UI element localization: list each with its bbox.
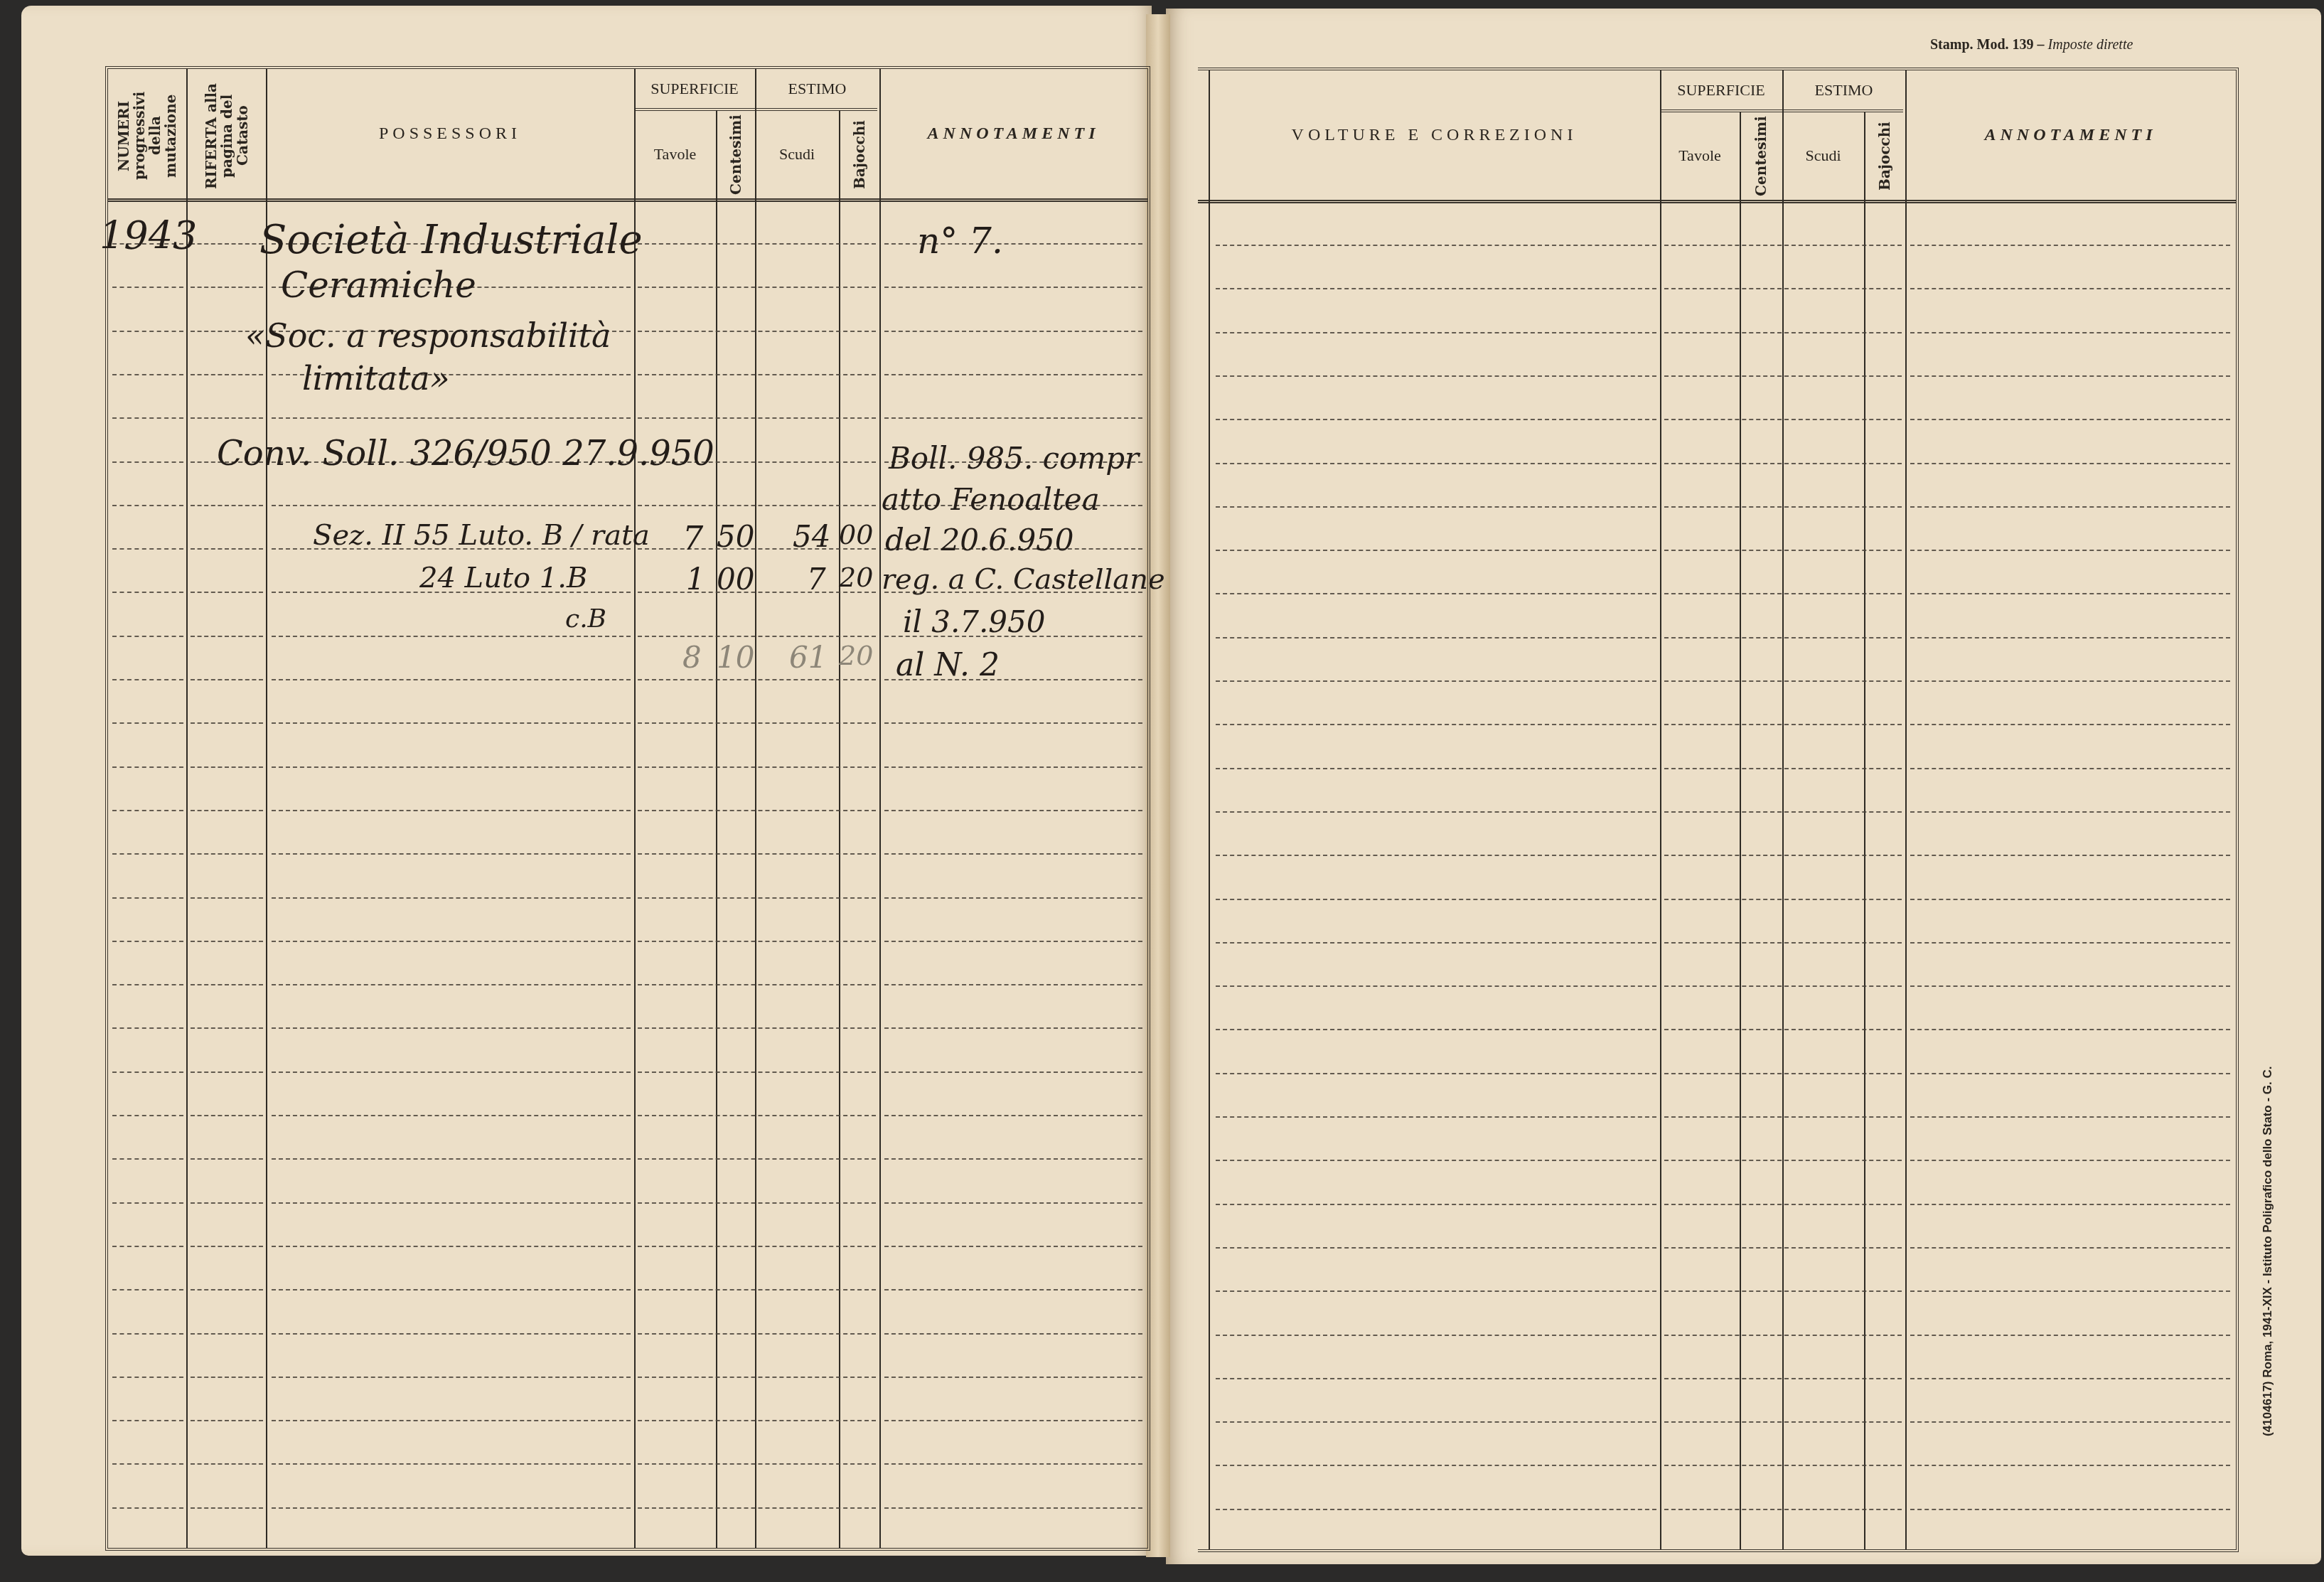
ruled-row-line bbox=[1664, 1335, 1902, 1336]
ruled-row-line bbox=[884, 766, 1142, 768]
ruled-row-line bbox=[1910, 1335, 2230, 1336]
ruled-row-line bbox=[191, 853, 263, 855]
header-centesimi: Centesimi bbox=[716, 113, 755, 197]
right-register-table: VOLTURE E CORREZIONI SUPERFICIE Tavole C… bbox=[1198, 68, 2239, 1552]
ruled-row-line bbox=[191, 287, 263, 288]
ruled-row-line bbox=[1216, 985, 1656, 987]
ruled-row-line bbox=[191, 636, 263, 637]
ruled-row-line bbox=[112, 1377, 183, 1378]
ruled-row-line bbox=[1216, 899, 1656, 900]
ruled-row-line bbox=[112, 1289, 183, 1290]
ruled-row-line bbox=[272, 1289, 631, 1290]
ruled-row-line bbox=[191, 1377, 263, 1378]
ruled-row-line bbox=[112, 1202, 183, 1204]
ruled-row-line bbox=[1216, 332, 1656, 333]
ruled-row-line bbox=[884, 1246, 1142, 1247]
possessore-line: «Soc. a responsabilità bbox=[245, 316, 611, 355]
ruled-row-line bbox=[638, 722, 876, 724]
ruled-row-line bbox=[638, 1463, 876, 1465]
ruled-row-line bbox=[1216, 1073, 1656, 1074]
ruled-row-line bbox=[884, 1463, 1142, 1465]
ruled-row-line bbox=[272, 1420, 631, 1421]
ruled-row-line bbox=[112, 1463, 183, 1465]
ruled-row-line bbox=[1910, 332, 2230, 333]
ruled-row-line bbox=[112, 1115, 183, 1116]
ruled-row-line bbox=[884, 1027, 1142, 1029]
ruled-row-line bbox=[1910, 855, 2230, 856]
ruled-row-line bbox=[272, 766, 631, 768]
ruled-row-line bbox=[1664, 1116, 1902, 1118]
ruled-row-line bbox=[1216, 1509, 1656, 1510]
annotamento-line: del 20.6.950 bbox=[885, 523, 1074, 557]
ruled-row-line bbox=[191, 679, 263, 680]
ruled-row-line bbox=[1664, 593, 1902, 594]
ruled-row-line bbox=[884, 1289, 1142, 1290]
header-scudi: Scudi bbox=[1782, 112, 1864, 200]
form-subtitle: Imposte dirette bbox=[2048, 37, 2133, 53]
ruled-row-line bbox=[191, 1507, 263, 1509]
ruled-row-line bbox=[191, 766, 263, 768]
ruled-row-line bbox=[1216, 1290, 1656, 1292]
ruled-row-line bbox=[638, 1158, 876, 1160]
ruled-row-line bbox=[638, 505, 876, 506]
ruled-row-line bbox=[191, 1158, 263, 1160]
header-estimo: ESTIMO bbox=[755, 69, 879, 108]
ruled-row-line bbox=[1216, 419, 1656, 420]
ruled-row-line bbox=[112, 1333, 183, 1335]
possessore-line: Ceramiche bbox=[281, 264, 476, 306]
ruled-row-line bbox=[112, 679, 183, 680]
ruled-row-line bbox=[112, 1246, 183, 1247]
header-superficie: SUPERFICIE bbox=[1660, 70, 1782, 109]
ruled-row-line bbox=[638, 1202, 876, 1204]
tavole-total: 8 bbox=[682, 640, 702, 675]
ruled-row-line bbox=[638, 287, 876, 288]
form-number: Stamp. Mod. 139 – bbox=[1930, 37, 2048, 53]
header-superficie: SUPERFICIE bbox=[634, 69, 755, 108]
ruled-row-line bbox=[1910, 550, 2230, 551]
ruled-row-line bbox=[1910, 1160, 2230, 1161]
ruled-row-line bbox=[1664, 1465, 1902, 1466]
header-tavole: Tavole bbox=[634, 110, 716, 198]
ruled-row-line bbox=[884, 1377, 1142, 1378]
ruled-row-line bbox=[1664, 724, 1902, 725]
ruled-row-line bbox=[638, 243, 876, 245]
ruled-row-line bbox=[1216, 1029, 1656, 1030]
ruled-row-line bbox=[1910, 637, 2230, 638]
ruled-row-line bbox=[1664, 1073, 1902, 1074]
ruled-row-line bbox=[1664, 637, 1902, 638]
header-bajocchi: Bajocchi bbox=[839, 113, 879, 197]
left-register-table: NUMERI progressivi della mutazione RIFER… bbox=[105, 66, 1150, 1551]
ruled-row-line bbox=[272, 897, 631, 899]
ruled-row-line bbox=[1664, 1247, 1902, 1249]
ruled-row-line bbox=[272, 853, 631, 855]
ruled-row-line bbox=[1664, 942, 1902, 944]
ruled-row-line bbox=[112, 810, 183, 811]
ruled-row-line bbox=[112, 374, 183, 375]
ruled-row-line bbox=[1910, 1378, 2230, 1379]
ruled-row-line bbox=[638, 1289, 876, 1290]
ruled-row-line bbox=[884, 1507, 1142, 1509]
ruled-row-line bbox=[191, 941, 263, 942]
header-numeri: NUMERI progressivi della mutazione bbox=[108, 75, 186, 197]
ruled-row-line bbox=[112, 1420, 183, 1421]
ruled-row-line bbox=[1216, 245, 1656, 246]
ruled-row-line bbox=[112, 897, 183, 899]
ruled-row-line bbox=[191, 722, 263, 724]
ruled-row-line bbox=[638, 331, 876, 332]
scudi-total: 61 bbox=[789, 640, 827, 675]
ruled-row-line bbox=[1910, 245, 2230, 246]
ruled-row-line bbox=[191, 984, 263, 985]
ruled-row-line bbox=[638, 1507, 876, 1509]
ruled-row-line bbox=[638, 984, 876, 985]
tavole-value: 7 bbox=[682, 519, 703, 557]
ruled-row-line bbox=[1664, 419, 1902, 420]
ruled-row-line bbox=[272, 1071, 631, 1073]
ruled-row-line bbox=[1216, 288, 1656, 289]
ruled-row-line bbox=[638, 1115, 876, 1116]
entry-year: 1943 bbox=[100, 213, 197, 258]
ruled-row-line bbox=[1664, 375, 1902, 377]
ruled-row-line bbox=[191, 1027, 263, 1029]
possessore-line: Conv. Soll. 326/950 27.9.950 bbox=[217, 434, 714, 474]
ruled-row-line bbox=[1910, 768, 2230, 769]
possessore-line: c.B bbox=[565, 604, 606, 634]
bajocchi-total: 20 bbox=[839, 640, 873, 671]
ruled-row-line bbox=[272, 1202, 631, 1204]
ruled-row-line bbox=[1910, 1465, 2230, 1466]
ruled-row-line bbox=[638, 1071, 876, 1073]
ruled-row-line bbox=[112, 287, 183, 288]
ruled-row-line bbox=[191, 505, 263, 506]
ruled-row-line bbox=[1216, 550, 1656, 551]
header-centesimi: Centesimi bbox=[1740, 114, 1782, 198]
ruled-row-line bbox=[191, 592, 263, 593]
ruled-row-line bbox=[1664, 1290, 1902, 1292]
ruled-row-line bbox=[1910, 1509, 2230, 1510]
col-line bbox=[634, 69, 636, 1548]
ruled-row-line bbox=[191, 374, 263, 375]
ruled-row-line bbox=[1664, 1509, 1902, 1510]
ruled-row-line bbox=[884, 1333, 1142, 1335]
ruled-row-line bbox=[1216, 593, 1656, 594]
ruled-row-line bbox=[191, 1333, 263, 1335]
ruled-row-line bbox=[1910, 942, 2230, 944]
header-tavole: Tavole bbox=[1660, 112, 1740, 200]
ruled-row-line bbox=[1664, 332, 1902, 333]
ruled-row-line bbox=[638, 679, 876, 680]
ruled-row-line bbox=[272, 1507, 631, 1509]
ruled-row-line bbox=[1664, 550, 1902, 551]
ruled-row-line bbox=[1910, 724, 2230, 725]
ruled-row-line bbox=[1910, 1421, 2230, 1423]
scudi-value: 7 bbox=[807, 562, 826, 597]
ruled-row-line bbox=[1664, 680, 1902, 682]
possessore-line: 24 Luto 1.B bbox=[419, 562, 587, 594]
ruled-row-line bbox=[884, 417, 1142, 419]
ruled-row-line bbox=[272, 679, 631, 680]
ruled-row-line bbox=[272, 722, 631, 724]
printer-imprint: (4104617) Roma, 1941-XIX - Istituto Poli… bbox=[2261, 1024, 2275, 1479]
ruled-row-line bbox=[1910, 680, 2230, 682]
ruled-row-line bbox=[272, 1115, 631, 1116]
ruled-row-line bbox=[884, 287, 1142, 288]
ruled-row-line bbox=[272, 1027, 631, 1029]
bajocchi-value: 00 bbox=[839, 519, 873, 550]
ruled-row-line bbox=[272, 1333, 631, 1335]
form-stamp: Stamp. Mod. 139 – Imposte dirette bbox=[1930, 37, 2133, 53]
ruled-row-line bbox=[638, 810, 876, 811]
ruled-row-line bbox=[1664, 985, 1902, 987]
ruled-row-line bbox=[884, 853, 1142, 855]
centesimi-value: 50 bbox=[717, 519, 754, 554]
ruled-row-line bbox=[1664, 768, 1902, 769]
ruled-row-line bbox=[112, 1071, 183, 1073]
ruled-row-line bbox=[1216, 1421, 1656, 1423]
ruled-row-line bbox=[191, 548, 263, 550]
ruled-row-line bbox=[272, 505, 631, 506]
bajocchi-value: 20 bbox=[839, 562, 873, 593]
ruled-row-line bbox=[638, 636, 876, 637]
ruled-row-line bbox=[1910, 1290, 2230, 1292]
ruled-row-line bbox=[1216, 768, 1656, 769]
ruled-row-line bbox=[638, 1377, 876, 1378]
ruled-row-line bbox=[112, 1158, 183, 1160]
ruled-row-line bbox=[638, 1333, 876, 1335]
ruled-row-line bbox=[112, 461, 183, 463]
ruled-row-line bbox=[272, 417, 631, 419]
ruled-row-line bbox=[272, 941, 631, 942]
ruled-row-line bbox=[112, 941, 183, 942]
col-line bbox=[755, 69, 756, 1548]
ruled-row-line bbox=[1216, 680, 1656, 682]
ruled-row-line bbox=[1664, 1421, 1902, 1423]
ruled-row-line bbox=[1216, 811, 1656, 813]
ruled-row-line bbox=[1216, 1335, 1656, 1336]
ruled-row-line bbox=[191, 1289, 263, 1290]
header-scudi: Scudi bbox=[755, 110, 839, 198]
ruled-row-line bbox=[272, 810, 631, 811]
ruled-row-line bbox=[1664, 245, 1902, 246]
annotamento-line: n° 7. bbox=[917, 220, 1003, 262]
ruled-row-line bbox=[1910, 506, 2230, 508]
annotamento-line: al N. 2 bbox=[896, 647, 1000, 683]
ruled-row-line bbox=[112, 331, 183, 332]
ruled-row-line bbox=[638, 374, 876, 375]
ruled-row-line bbox=[112, 592, 183, 593]
ruled-row-line bbox=[1910, 463, 2230, 464]
centesimi-value: 00 bbox=[717, 562, 754, 597]
ruled-row-line bbox=[1910, 419, 2230, 420]
ruled-row-line bbox=[884, 1420, 1142, 1421]
tavole-value: 1 bbox=[686, 562, 705, 597]
col-line bbox=[1660, 70, 1661, 1549]
ruled-row-line bbox=[1664, 463, 1902, 464]
ruled-row-line bbox=[1664, 1160, 1902, 1161]
ruled-row-line bbox=[112, 722, 183, 724]
ruled-row-line bbox=[884, 810, 1142, 811]
header-divider bbox=[1198, 200, 2236, 203]
ruled-row-line bbox=[191, 1071, 263, 1073]
centesimi-total: 10 bbox=[717, 640, 754, 675]
ruled-row-line bbox=[112, 1507, 183, 1509]
ruled-row-line bbox=[1664, 1204, 1902, 1205]
ruled-row-line bbox=[884, 897, 1142, 899]
ruled-row-line bbox=[191, 897, 263, 899]
ruled-row-line bbox=[191, 417, 263, 419]
ruled-row-line bbox=[884, 1071, 1142, 1073]
ruled-row-line bbox=[884, 374, 1142, 375]
ruled-row-line bbox=[884, 331, 1142, 332]
ruled-row-line bbox=[1216, 506, 1656, 508]
ruled-row-line bbox=[638, 417, 876, 419]
ruled-row-line bbox=[191, 1463, 263, 1465]
ruled-row-line bbox=[112, 853, 183, 855]
possessore-line: Sez. II 55 Luto. B / rata bbox=[313, 519, 650, 552]
ruled-row-line bbox=[191, 1202, 263, 1204]
ruled-row-line bbox=[884, 1202, 1142, 1204]
ruled-row-line bbox=[1664, 899, 1902, 900]
annotamento-line: il 3.7.950 bbox=[903, 604, 1046, 639]
ruled-row-line bbox=[1216, 1378, 1656, 1379]
col-line bbox=[879, 69, 881, 1548]
ruled-row-line bbox=[1664, 811, 1902, 813]
possessore-line: limitata» bbox=[302, 359, 450, 397]
ruled-row-line bbox=[1664, 288, 1902, 289]
ruled-row-line bbox=[272, 1246, 631, 1247]
ruled-row-line bbox=[884, 984, 1142, 985]
ruled-row-line bbox=[191, 1420, 263, 1421]
header-volture: VOLTURE E CORREZIONI bbox=[1209, 70, 1660, 200]
ruled-row-line bbox=[272, 636, 631, 637]
ruled-row-line bbox=[191, 1115, 263, 1116]
header-divider bbox=[108, 198, 1147, 202]
ruled-row-line bbox=[884, 722, 1142, 724]
ruled-row-line bbox=[638, 766, 876, 768]
scudi-value: 54 bbox=[793, 519, 830, 554]
ruled-row-line bbox=[1664, 1029, 1902, 1030]
ruled-row-line bbox=[1216, 724, 1656, 725]
ruled-row-line bbox=[638, 1027, 876, 1029]
col-line bbox=[1782, 70, 1784, 1549]
col-line bbox=[186, 69, 188, 1548]
ruled-row-line bbox=[1664, 1378, 1902, 1379]
header-annotamenti: ANNOTAMENTI bbox=[879, 69, 1147, 198]
header-bajocchi: Bajocchi bbox=[1864, 114, 1905, 198]
ruled-row-line bbox=[1910, 288, 2230, 289]
ruled-row-line bbox=[112, 984, 183, 985]
ruled-row-line bbox=[1216, 1204, 1656, 1205]
ruled-row-line bbox=[1216, 1465, 1656, 1466]
ruled-row-line bbox=[1910, 985, 2230, 987]
ruled-row-line bbox=[272, 1463, 631, 1465]
ruled-row-line bbox=[1910, 1247, 2230, 1249]
ruled-row-line bbox=[191, 243, 263, 245]
ruled-row-line bbox=[1216, 375, 1656, 377]
ruled-row-line bbox=[1216, 855, 1656, 856]
ruled-row-line bbox=[1910, 593, 2230, 594]
ruled-row-line bbox=[112, 505, 183, 506]
col-line bbox=[1905, 70, 1907, 1549]
ruled-row-line bbox=[638, 941, 876, 942]
ruled-row-line bbox=[1910, 1204, 2230, 1205]
ruled-row-line bbox=[1216, 942, 1656, 944]
ruled-row-line bbox=[1910, 1073, 2230, 1074]
header-possessori: POSSESSORI bbox=[266, 69, 634, 198]
ruled-row-line bbox=[191, 810, 263, 811]
ruled-row-line bbox=[638, 853, 876, 855]
ruled-row-line bbox=[1664, 855, 1902, 856]
annotamento-line: reg. a C. Castellane bbox=[882, 563, 1165, 596]
ruled-row-line bbox=[112, 417, 183, 419]
ruled-row-line bbox=[1910, 811, 2230, 813]
ruled-row-line bbox=[272, 984, 631, 985]
ruled-row-line bbox=[1216, 1160, 1656, 1161]
col-line bbox=[1209, 70, 1210, 1549]
header-annotamenti: ANNOTAMENTI bbox=[1905, 70, 2236, 200]
ruled-row-line bbox=[1910, 375, 2230, 377]
ruled-row-line bbox=[638, 1246, 876, 1247]
ruled-row-line bbox=[638, 897, 876, 899]
ruled-row-line bbox=[884, 1158, 1142, 1160]
annotamento-line: Boll. 985. compr bbox=[889, 441, 1139, 476]
ruled-row-line bbox=[1216, 1116, 1656, 1118]
col-line bbox=[266, 69, 267, 1548]
possessore-line: Società Industriale bbox=[259, 217, 643, 263]
ruled-row-line bbox=[112, 1027, 183, 1029]
ruled-row-line bbox=[1910, 899, 2230, 900]
header-riferta: RIFERTA alla pagina del Catasto bbox=[188, 75, 266, 197]
ruled-row-line bbox=[884, 1115, 1142, 1116]
ruled-row-line bbox=[112, 636, 183, 637]
ruled-row-line bbox=[1216, 637, 1656, 638]
ruled-row-line bbox=[884, 941, 1142, 942]
ruled-row-line bbox=[1910, 1116, 2230, 1118]
ruled-row-line bbox=[1216, 1247, 1656, 1249]
ruled-row-line bbox=[272, 1377, 631, 1378]
annotamento-line: atto Fenoaltea bbox=[882, 482, 1100, 517]
ruled-row-line bbox=[1216, 463, 1656, 464]
ruled-row-line bbox=[1664, 506, 1902, 508]
header-estimo: ESTIMO bbox=[1782, 70, 1905, 109]
ruled-row-line bbox=[638, 1420, 876, 1421]
ruled-row-line bbox=[112, 766, 183, 768]
ruled-row-line bbox=[112, 548, 183, 550]
ruled-row-line bbox=[191, 1246, 263, 1247]
ruled-row-line bbox=[1910, 1029, 2230, 1030]
ruled-row-line bbox=[272, 1158, 631, 1160]
